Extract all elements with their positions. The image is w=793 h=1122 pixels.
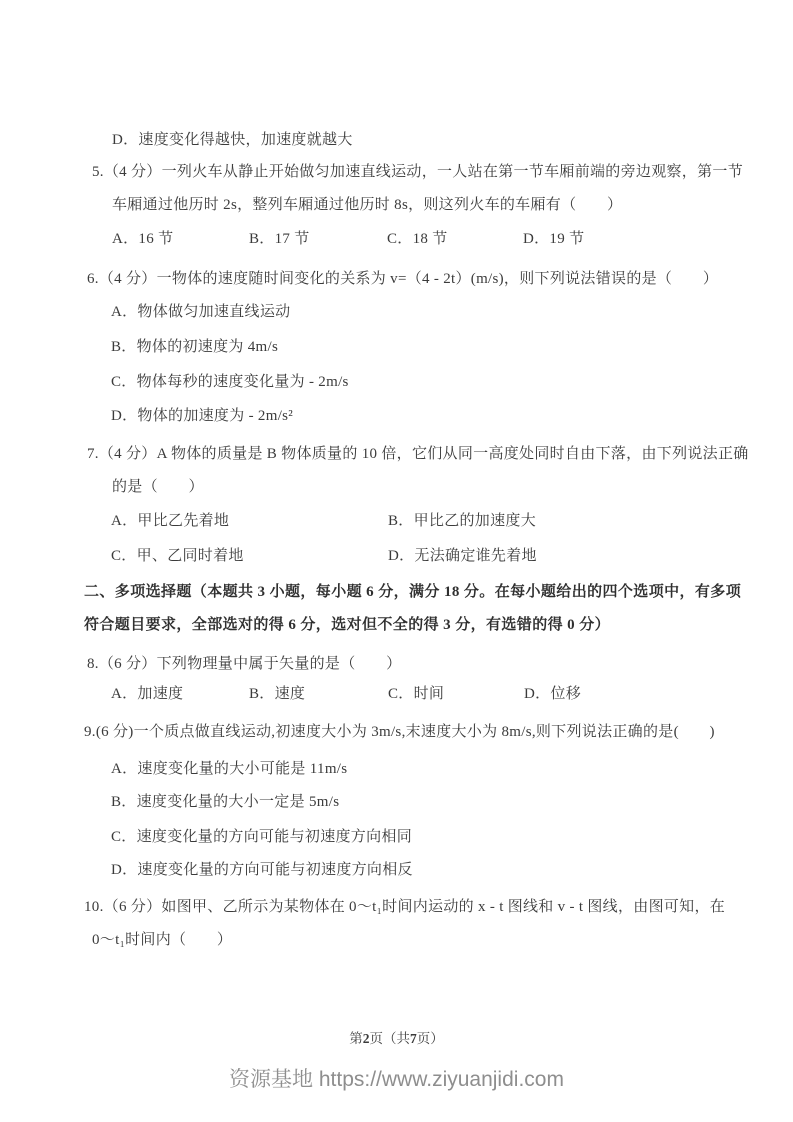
question-7-option-d: D．无法确定谁先着地 [388, 547, 537, 566]
question-9-option-a: A．速度变化量的大小可能是 11m/s [111, 760, 347, 779]
question-4-option-d: D．速度变化得越快，加速度就越大 [112, 131, 353, 150]
question-5-option-a: A．16 节 [112, 230, 173, 249]
section-2-header-line-1: 二、多项选择题（本题共 3 小题，每小题 6 分，满分 18 分。在每小题给出的… [84, 583, 741, 602]
question-8-option-b: B．速度 [249, 685, 305, 704]
question-5-option-c: C．18 节 [387, 230, 448, 249]
question-9-option-c: C．速度变化量的方向可能与初速度方向相同 [111, 828, 412, 847]
question-8-option-d: D．位移 [524, 685, 581, 704]
question-6-text: 6.（4 分）一物体的速度随时间变化的关系为 v=（4 - 2t）(m/s)，则… [87, 270, 718, 289]
question-9-text: 9.(6 分)一个质点做直线运动,初速度大小为 3m/s,末速度大小为 8m/s… [84, 723, 715, 742]
question-7-line-1: 7.（4 分）A 物体的质量是 B 物体质量的 10 倍，它们从同一高度处同时自… [87, 445, 749, 464]
exam-page: D．速度变化得越快，加速度就越大 5.（4 分）一列火车从静止开始做匀加速直线运… [0, 0, 793, 1122]
question-9-option-d: D．速度变化量的方向可能与初速度方向相反 [111, 861, 413, 880]
question-7-option-c: C．甲、乙同时着地 [111, 547, 244, 566]
section-2-header-line-2: 符合题目要求，全部选对的得 6 分，选对但不全的得 3 分，有选错的得 0 分） [84, 616, 610, 635]
question-6-option-c: C．物体每秒的速度变化量为 - 2m/s [111, 373, 349, 392]
question-10-line-2: 0～t₁时间内（ ） [92, 931, 232, 950]
question-5-option-d: D．19 节 [523, 230, 584, 249]
question-6-option-b: B．物体的初速度为 4m/s [111, 338, 278, 357]
total-pages: 7 [410, 1031, 417, 1046]
page-number: 2 [363, 1031, 370, 1046]
footer-suffix: 页） [417, 1031, 444, 1046]
question-5-line-1: 5.（4 分）一列火车从静止开始做匀加速直线运动，一人站在第一节车厢前端的旁边观… [92, 163, 743, 182]
question-8-option-a: A．加速度 [111, 685, 183, 704]
page-footer: 第2页（共7页） [0, 1027, 793, 1047]
question-8-text: 8.（6 分）下列物理量中属于矢量的是（ ） [87, 655, 401, 674]
footer-prefix: 第 [349, 1031, 363, 1046]
question-8-option-c: C．时间 [388, 685, 444, 704]
question-7-line-2: 的是（ ） [112, 478, 204, 497]
question-5-option-b: B．17 节 [249, 230, 310, 249]
question-9-option-b: B．速度变化量的大小一定是 5m/s [111, 793, 339, 812]
question-7-option-b: B．甲比乙的加速度大 [388, 512, 536, 531]
question-7-option-a: A．甲比乙先着地 [111, 512, 229, 531]
question-10-line-1: 10.（6 分）如图甲、乙所示为某物体在 0～t₁时间内运动的 x - t 图线… [84, 898, 725, 917]
footer-middle: 页（共 [370, 1031, 411, 1046]
question-6-option-d: D．物体的加速度为 - 2m/s² [111, 407, 293, 426]
question-5-line-2: 车厢通过他历时 2s，整列车厢通过他历时 8s，则这列火车的车厢有（ ） [112, 196, 622, 215]
watermark-text: 资源基地 https://www.ziyuanjidi.com [0, 1063, 793, 1093]
question-6-option-a: A．物体做匀加速直线运动 [111, 303, 290, 322]
